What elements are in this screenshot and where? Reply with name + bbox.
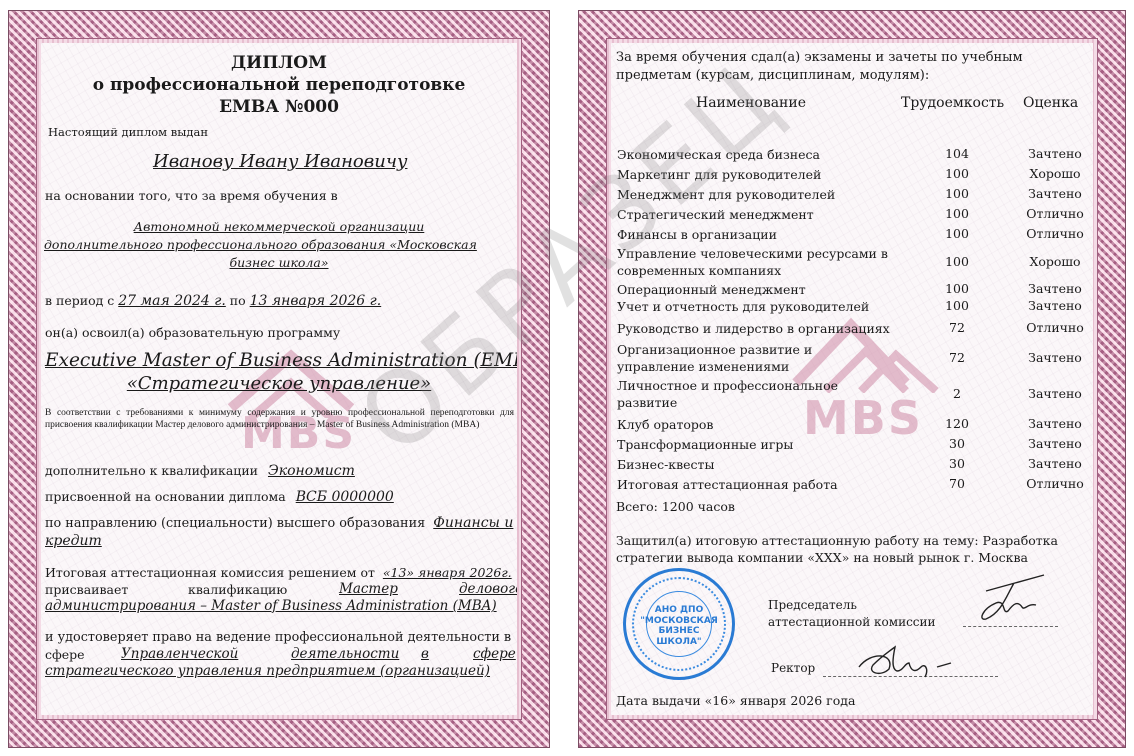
stamp-text: АНО ДПО"МОСКОВСКАЯБИЗНЕСШКОЛА" — [626, 605, 732, 647]
subject-hours: 120 — [927, 416, 987, 431]
chairman-signature-line — [963, 626, 1058, 627]
recipient-name: Иванову Ивану Ивановичу — [153, 151, 407, 172]
qualification-label: дополнительно к квалификации — [45, 463, 258, 478]
direction-value-continued: кредит — [45, 533, 102, 549]
subject-hours: 100 — [927, 281, 987, 296]
rector-signature — [851, 643, 981, 683]
assigned-qualification-1: Мастер — [339, 581, 398, 597]
exams-intro-line-1: За время обучения сдал(а) экзамены и зач… — [616, 50, 1023, 65]
diploma-number: ЕМВА №000 — [41, 97, 517, 117]
subject-grade: Отлично — [1020, 476, 1090, 491]
subject-hours: 104 — [927, 146, 987, 161]
subject-hours: 30 — [927, 436, 987, 451]
subject-name: Менеджмент для руководителей — [617, 186, 835, 203]
diploma-title: ДИПЛОМ — [41, 53, 517, 73]
sphere-value-2: деятельности — [291, 646, 399, 662]
chairman-label-2: аттестационной комиссии — [768, 615, 936, 629]
subject-name: Финансы в организации — [617, 226, 777, 243]
subject-hours: 100 — [927, 186, 987, 201]
assigns-label: присваивает — [45, 582, 128, 597]
assigned-qualification-2: делового — [459, 581, 517, 597]
subject-hours: 100 — [927, 226, 987, 241]
exams-intro-line-2: предметам (курсам, дисциплинам, модулям)… — [616, 68, 929, 83]
subject-hours: 100 — [927, 298, 987, 313]
commission-text: Итоговая аттестационная комиссия решение… — [45, 565, 375, 580]
organization-line-3: бизнес школа» — [41, 255, 517, 270]
direction-value: Финансы и — [433, 515, 513, 531]
sphere-value-3: в — [421, 646, 429, 662]
issue-date: Дата выдачи «16» января 2026 года — [616, 693, 855, 708]
chairman-signature — [966, 573, 1066, 625]
direction-label: по направлению (специальности) высшего о… — [45, 516, 425, 531]
organization-line-2: дополнительного профессионального образо… — [44, 237, 477, 252]
sphere-value-5: стратегического управления предприятием … — [45, 663, 490, 679]
subject-hours: 2 — [927, 386, 987, 401]
subject-grade: Отлично — [1020, 206, 1090, 221]
subject-name: Управление человеческими ресурсами всовр… — [617, 245, 888, 279]
subject-name: Бизнес-квесты — [617, 456, 714, 473]
official-stamp: АНО ДПО"МОСКОВСКАЯБИЗНЕСШКОЛА" — [623, 568, 735, 680]
subject-grade: Хорошо — [1020, 254, 1090, 269]
total-hours: Всего: 1200 часов — [616, 499, 735, 514]
program-specialization: «Стратегическое управление» — [41, 373, 517, 394]
subject-grade: Зачтено — [1020, 386, 1090, 401]
commission-date: «13» января 2026г. — [383, 565, 512, 580]
subject-name: Операционный менеджмент — [617, 281, 806, 298]
subject-grade: Зачтено — [1020, 298, 1090, 313]
subject-name: Клуб ораторов — [617, 416, 713, 433]
assigns-label-2: квалификацию — [188, 582, 287, 597]
subject-grade: Зачтено — [1020, 416, 1090, 431]
subject-name: Трансформационные игры — [617, 436, 793, 453]
subject-grade: Зачтено — [1020, 350, 1090, 365]
chairman-label-1: Председатель — [768, 598, 857, 612]
assigned-qualification-3: администрирования – Master of Business A… — [45, 598, 497, 614]
organization-line-1: Автономной некоммерческой организации — [41, 219, 517, 234]
subject-hours: 100 — [927, 206, 987, 221]
subject-hours: 30 — [927, 456, 987, 471]
subject-name: Учет и отчетность для руководителей — [617, 298, 869, 315]
issued-label: Настоящий диплом выдан — [48, 125, 208, 139]
subject-grade: Отлично — [1020, 320, 1090, 335]
program-intro: он(а) освоил(а) образовательную программ… — [45, 325, 340, 340]
subject-hours: 72 — [927, 350, 987, 365]
program-name: Executive Master of Business Administrat… — [45, 350, 517, 371]
diploma-front-page: MBS ДИПЛОМ о профессиональной переподгот… — [8, 10, 550, 748]
subject-name: Маркетинг для руководителей — [617, 166, 821, 183]
period-mid: по — [230, 293, 246, 308]
subject-name: Организационное развитие иуправление изм… — [617, 341, 812, 375]
rights-text: и удостоверяет право на ведение професси… — [45, 630, 511, 645]
thesis-line-1: Защитил(а) итоговую аттестационную работ… — [616, 533, 1058, 548]
rector-label: Ректор — [771, 661, 815, 675]
subject-name: Экономическая среда бизнеса — [617, 146, 820, 163]
subject-grade: Отлично — [1020, 226, 1090, 241]
paper: MBS ДИПЛОМ о профессиональной переподгот… — [41, 43, 517, 715]
subject-grade: Зачтено — [1020, 456, 1090, 471]
subject-hours: 100 — [927, 254, 987, 269]
diploma-basis-label: присвоенной на основании диплома — [45, 489, 286, 504]
subject-name: Стратегический менеджмент — [617, 206, 814, 223]
period-end: 13 января 2026 г. — [250, 293, 382, 309]
paper: MBS За время обучения сдал(а) экзамены и… — [611, 43, 1093, 715]
qualification-value: Экономист — [268, 463, 355, 479]
subject-hours: 70 — [927, 476, 987, 491]
column-header-name: Наименование — [696, 95, 806, 111]
requirements-text: В соответствии с требованиями к минимуму… — [45, 408, 514, 431]
subject-grade: Зачтено — [1020, 186, 1090, 201]
subject-grade: Зачтено — [1020, 436, 1090, 451]
subject-hours: 100 — [927, 166, 987, 181]
subject-grade: Зачтено — [1020, 281, 1090, 296]
subject-grade: Хорошо — [1020, 166, 1090, 181]
period-start: 27 мая 2024 г. — [118, 293, 226, 309]
column-header-hours: Трудоемкость — [901, 95, 1004, 111]
subject-name: Итоговая аттестационная работа — [617, 476, 838, 493]
basis-text: на основании того, что за время обучения… — [45, 188, 338, 203]
subject-name: Личностное и профессиональноеразвитие — [617, 377, 838, 411]
diploma-back-page: MBS За время обучения сдал(а) экзамены и… — [578, 10, 1126, 748]
sphere-label: сфере — [45, 647, 85, 662]
thesis-line-2: стратегии вывода компании «XXX» на новый… — [616, 550, 1028, 565]
column-header-grade: Оценка — [1023, 95, 1078, 111]
diploma-basis-value: ВСБ 0000000 — [296, 489, 394, 505]
sphere-value-4: сфере — [473, 646, 516, 662]
subject-hours: 72 — [927, 320, 987, 335]
subject-name: Руководство и лидерство в организациях — [617, 320, 890, 337]
sphere-value-1: Управленческой — [121, 646, 238, 662]
diploma-subtitle: о профессиональной переподготовке — [41, 75, 517, 95]
subject-grade: Зачтено — [1020, 146, 1090, 161]
period-prefix: в период с — [45, 293, 114, 308]
